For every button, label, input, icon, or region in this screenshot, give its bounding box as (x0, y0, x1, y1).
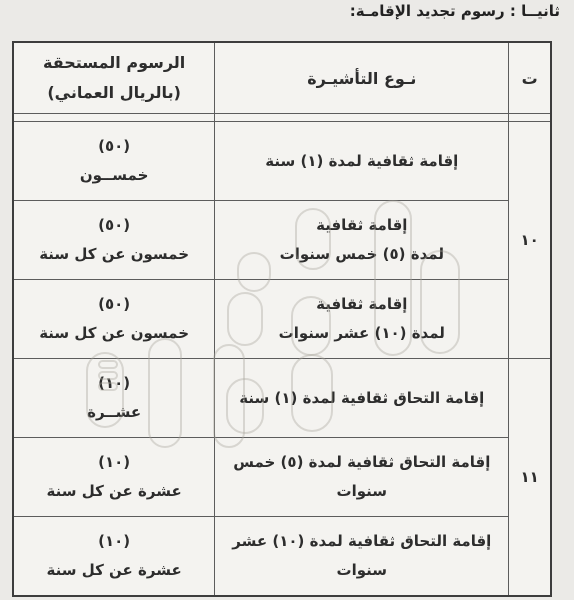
visa-type-text: لمدة (٥) خمس سنوات (215, 240, 508, 269)
table-row: إقامة التحاق ثقافية لمدة (٥) خمس سنوات (… (13, 438, 551, 517)
fee-words: عشــرة (14, 398, 214, 427)
header-fees: الرسوم المستحقة (بالريال العماني) (13, 42, 215, 114)
visa-type-text: إقامة التحاق ثقافية لمدة (١) سنة (215, 384, 508, 413)
divider-cell (13, 114, 215, 122)
table-row: إقامة ثقافية لمدة (١٠) عشر سنوات (٥٠) خم… (13, 280, 551, 359)
fee-cell: (١٠) عشــرة (13, 359, 215, 438)
fee-amount: (١٠) (14, 527, 214, 556)
fee-cell: (١٠) عشرة عن كل سنة (13, 438, 215, 517)
fee-amount: (٥٠) (14, 290, 214, 319)
fee-words: خمسون عن كل سنة (14, 240, 214, 269)
visa-type-cell: إقامة ثقافية لمدة (٥) خمس سنوات (215, 201, 509, 280)
fee-words: عشرة عن كل سنة (14, 556, 214, 585)
fee-cell: (١٠) عشرة عن كل سنة (13, 517, 215, 597)
visa-type-text: إقامة ثقافية لمدة (١) سنة (215, 147, 508, 176)
header-divider-row (13, 114, 551, 122)
table-header-row: ت نـوع التأشيـرة الرسوم المستحقة (بالريا… (13, 42, 551, 114)
fee-amount: (١٠) (14, 448, 214, 477)
fee-words: خمسون عن كل سنة (14, 319, 214, 348)
header-fees-line2: (بالريال العماني) (14, 78, 214, 108)
visa-type-text: لمدة (١٠) عشر سنوات (215, 319, 508, 348)
visa-type-cell: إقامة ثقافية لمدة (١) سنة (215, 122, 509, 201)
visa-type-text: إقامة التحاق ثقافية لمدة (٥) خمس سنوات (215, 448, 508, 506)
visa-type-text: إقامة ثقافية (215, 290, 508, 319)
fee-words: عشرة عن كل سنة (14, 477, 214, 506)
table-row: ١١ إقامة التحاق ثقافية لمدة (١) سنة (١٠)… (13, 359, 551, 438)
header-visa-type: نـوع التأشيـرة (215, 42, 509, 114)
divider-cell (509, 114, 551, 122)
table-row: إقامة ثقافية لمدة (٥) خمس سنوات (٥٠) خمس… (13, 201, 551, 280)
header-fees-line1: الرسوم المستحقة (14, 48, 214, 78)
divider-cell (215, 114, 509, 122)
section-title: ثانيــا : رسوم تجديد الإقامـة: (350, 2, 560, 20)
fee-amount: (١٠) (14, 369, 214, 398)
serial-number-11: ١١ (509, 359, 551, 597)
fee-amount: (٥٠) (14, 132, 214, 161)
fee-words: خمســون (14, 161, 214, 190)
fee-cell: (٥٠) خمســون (13, 122, 215, 201)
visa-type-text: إقامة ثقافية (215, 211, 508, 240)
table-row: ١٠ إقامة ثقافية لمدة (١) سنة (٥٠) خمســو… (13, 122, 551, 201)
document-page: ثانيــا : رسوم تجديد الإقامـة: ت نـوع ال… (0, 0, 574, 600)
visa-type-cell: إقامة التحاق ثقافية لمدة (٥) خمس سنوات (215, 438, 509, 517)
visa-type-text: إقامة التحاق ثقافية لمدة (١٠) عشر سنوات (215, 527, 508, 585)
visa-type-cell: إقامة ثقافية لمدة (١٠) عشر سنوات (215, 280, 509, 359)
visa-type-cell: إقامة التحاق ثقافية لمدة (١٠) عشر سنوات (215, 517, 509, 597)
serial-number-10: ١٠ (509, 122, 551, 359)
fee-cell: (٥٠) خمسون عن كل سنة (13, 201, 215, 280)
visa-type-cell: إقامة التحاق ثقافية لمدة (١) سنة (215, 359, 509, 438)
table-row: إقامة التحاق ثقافية لمدة (١٠) عشر سنوات … (13, 517, 551, 597)
residence-renewal-fees-table: ت نـوع التأشيـرة الرسوم المستحقة (بالريا… (12, 41, 552, 597)
fee-amount: (٥٠) (14, 211, 214, 240)
fee-cell: (٥٠) خمسون عن كل سنة (13, 280, 215, 359)
header-serial: ت (509, 42, 551, 114)
